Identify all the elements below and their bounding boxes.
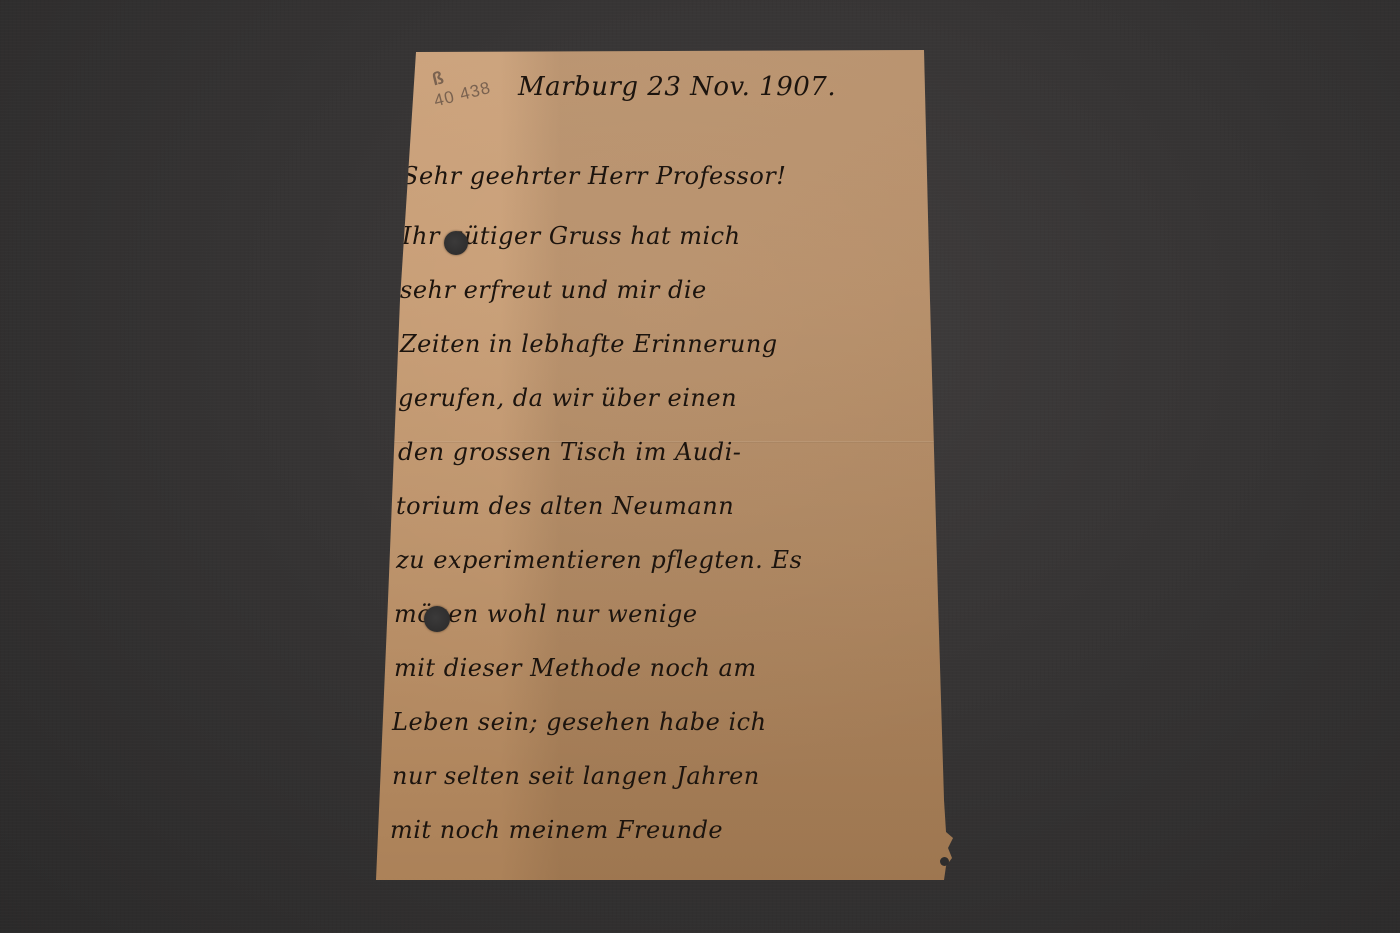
paper-shading: [0, 0, 1400, 933]
letter-dateline: Marburg 23 Nov. 1907.: [518, 72, 836, 102]
letter-sheet: ß 40 438 Marburg 23 Nov. 1907. Sehr geeh…: [0, 0, 1400, 933]
punch-hole: [424, 606, 450, 632]
letter-line: mit noch meinem Freunde: [390, 816, 723, 844]
letter-line: gerufen, da wir über einen: [398, 384, 737, 412]
letter-salutation: Sehr geehrter Herr Professor!: [402, 162, 786, 190]
letter-line: mit dieser Methode noch am: [394, 654, 757, 682]
letter-line: den grossen Tisch im Audi-: [398, 438, 741, 466]
punch-hole: [444, 231, 468, 255]
letter-line: zu experimentieren pflegten. Es: [396, 546, 802, 574]
torn-corner-hole: [940, 857, 949, 866]
letter-line: Leben sein; gesehen habe ich: [392, 708, 767, 736]
letter-line: nur selten seit langen Jahren: [392, 762, 760, 790]
letter-line: sehr erfreut und mir die: [400, 276, 707, 304]
letter-line: torium des alten Neumann: [396, 492, 734, 520]
letter-line: Zeiten in lebhafte Erinnerung: [400, 330, 778, 358]
paper: ß 40 438 Marburg 23 Nov. 1907. Sehr geeh…: [0, 0, 1400, 933]
